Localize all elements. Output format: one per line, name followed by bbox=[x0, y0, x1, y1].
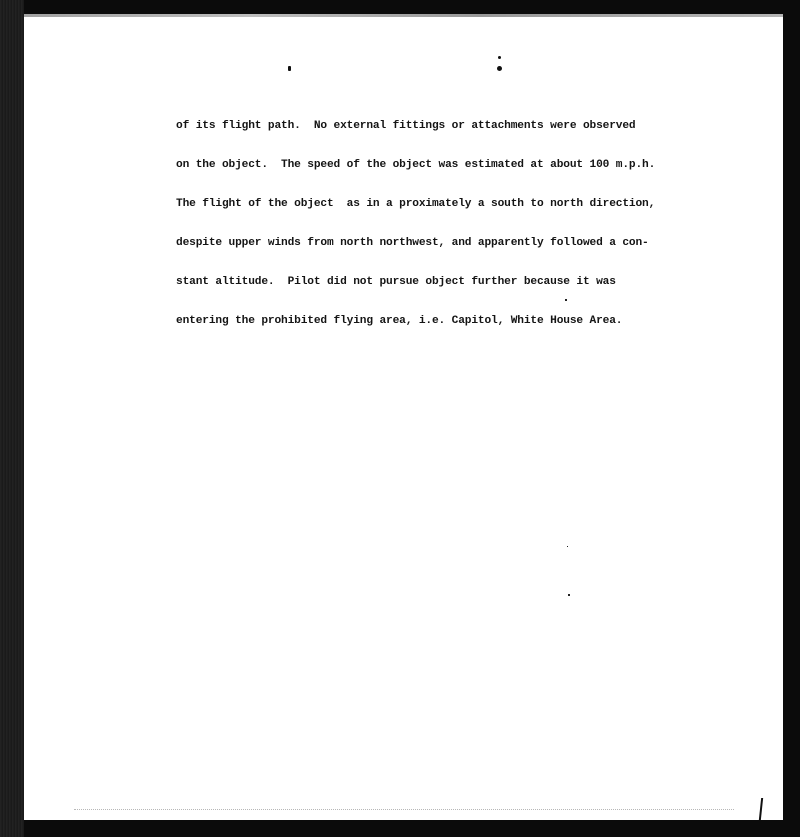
scan-border-left bbox=[0, 0, 24, 837]
paragraph-line: entering the prohibited flying area, i.e… bbox=[176, 315, 646, 328]
scan-speck bbox=[565, 299, 567, 301]
typewritten-paragraph: of its flight path. No external fittings… bbox=[176, 94, 646, 354]
paragraph-line: stant altitude. Pilot did not pursue obj… bbox=[176, 276, 646, 289]
paragraph-line: The flight of the object as in a proxima… bbox=[176, 198, 646, 211]
paragraph-line: despite upper winds from north northwest… bbox=[176, 237, 646, 250]
header-mark-dot-lower bbox=[497, 66, 502, 71]
header-mark-left bbox=[288, 66, 291, 71]
scan-speck bbox=[568, 594, 570, 596]
paragraph-line: on the object. The speed of the object w… bbox=[176, 159, 646, 172]
page-top-edge bbox=[24, 14, 783, 17]
header-mark-dot-upper bbox=[498, 56, 501, 59]
page-bottom-edge bbox=[74, 808, 734, 810]
scan-speck bbox=[567, 546, 568, 547]
paragraph-line: of its flight path. No external fittings… bbox=[176, 120, 646, 133]
margin-pen-stroke bbox=[759, 798, 763, 820]
document-page: of its flight path. No external fittings… bbox=[24, 14, 783, 820]
